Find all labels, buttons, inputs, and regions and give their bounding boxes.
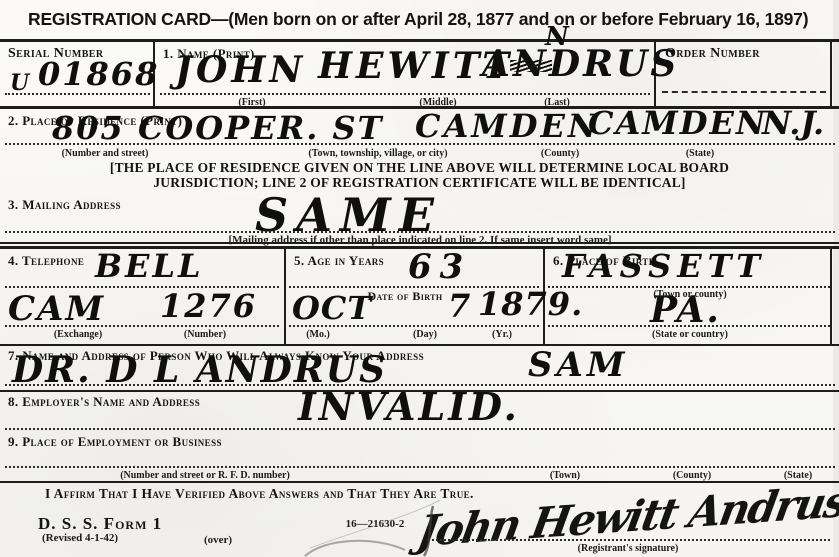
- age-label: 5. Age in Years: [294, 253, 384, 269]
- telephone-label: 4. Telephone: [8, 253, 84, 269]
- employment-line: [5, 466, 835, 468]
- scan-edge: [833, 0, 839, 557]
- divider: [830, 42, 832, 107]
- telephone-company-handwriting: BELL: [95, 250, 203, 282]
- birth-town-line: [548, 286, 830, 288]
- dob-day-handwriting: 7: [448, 290, 470, 322]
- name-last-scribbled-letter: N: [513, 46, 549, 82]
- print-code: 16—21630-2: [346, 518, 405, 530]
- name-last-handwriting: ANDRUS: [482, 46, 679, 82]
- birth-state-caption: (State or country): [652, 329, 728, 340]
- mailing-caption: [Mailing address if other than place ind…: [228, 234, 611, 246]
- name-last-initial: A: [482, 43, 513, 85]
- name-line: [160, 93, 650, 95]
- form-revision: (Revised 4-1-42): [42, 532, 118, 544]
- exchange-caption: (Exchange): [54, 329, 102, 340]
- dob-year-handwriting: 1879.: [478, 288, 583, 320]
- employment-county-caption: (County): [673, 470, 711, 481]
- dob-label: Date of Birth: [367, 289, 442, 304]
- employer-handwriting: INVALID.: [298, 388, 520, 426]
- number-caption: (Number): [184, 329, 226, 340]
- residence-town-handwriting: CAMDEN: [415, 110, 600, 142]
- residence-street-caption: (Number and street): [62, 148, 149, 159]
- mailing-address-label: 3. Mailing Address: [8, 197, 121, 213]
- employment-town-caption: (Town): [550, 470, 580, 481]
- dob-line: [289, 325, 539, 327]
- employer-label: 8. Employer's Name and Address: [8, 394, 200, 410]
- telephone-line-2: [5, 325, 279, 327]
- form-number: D. S. S. Form 1: [38, 514, 162, 534]
- birth-state-line: [548, 325, 830, 327]
- residence-street-handwriting: 805 COOPER. ST: [52, 112, 383, 144]
- name-correction-handwriting: N: [545, 24, 569, 50]
- residence-state-caption: (State): [686, 148, 714, 159]
- affirmation-text: I Affirm That I Have Verified Above Answ…: [45, 486, 474, 502]
- dob-month-handwriting: OCT: [292, 292, 372, 324]
- divider: [0, 242, 839, 244]
- divider: [0, 344, 839, 346]
- divider: [0, 39, 839, 42]
- residence-town-caption: (Town, township, village, or city): [308, 148, 447, 159]
- employer-line: [5, 428, 835, 430]
- telephone-number-handwriting: 1276: [160, 290, 257, 322]
- residence-county-handwriting: CAMDEN: [588, 107, 767, 139]
- residence-line: [5, 143, 835, 145]
- contact-person-handwriting: DR. D L ANDRUS: [12, 352, 387, 388]
- age-handwriting: 63: [408, 250, 471, 284]
- residence-state-handwriting: N.J.: [762, 107, 824, 139]
- mailing-line: [5, 231, 835, 233]
- telephone-exchange-handwriting: CAM: [8, 292, 105, 326]
- employment-street-caption: (Number and street or R. F. D. number): [120, 470, 290, 481]
- serial-line: [5, 93, 150, 95]
- card-title: REGISTRATION CARD—(Men born on or after …: [28, 9, 808, 30]
- yr-caption: (Yr.): [492, 329, 512, 340]
- signature-line: [428, 539, 830, 541]
- divider: [830, 249, 832, 345]
- over-caption: (over): [204, 534, 232, 546]
- contact-address-handwriting: SAM: [528, 348, 629, 382]
- birth-town-handwriting: FASSETT: [562, 250, 766, 282]
- birth-state-handwriting: PA.: [650, 292, 721, 328]
- divider: [284, 249, 286, 345]
- day-caption: (Day): [413, 329, 437, 340]
- order-number-line: [662, 91, 826, 93]
- signature-caption: (Registrant's signature): [578, 543, 679, 554]
- name-first-handwriting: JOHN: [175, 52, 306, 88]
- notice-line-1: [THE PLACE OF RESIDENCE GIVEN ON THE LIN…: [0, 160, 839, 176]
- mo-caption: (Mo.): [306, 329, 330, 340]
- residence-county-caption: (County): [541, 148, 579, 159]
- employment-place-label: 9. Place of Employment or Business: [8, 434, 222, 450]
- divider: [0, 481, 839, 483]
- serial-prefix-handwriting: U: [10, 72, 29, 94]
- order-number-label: Order Number: [665, 46, 760, 62]
- serial-number-handwriting: 01868: [38, 58, 159, 90]
- registration-card: REGISTRATION CARD—(Men born on or after …: [0, 0, 839, 557]
